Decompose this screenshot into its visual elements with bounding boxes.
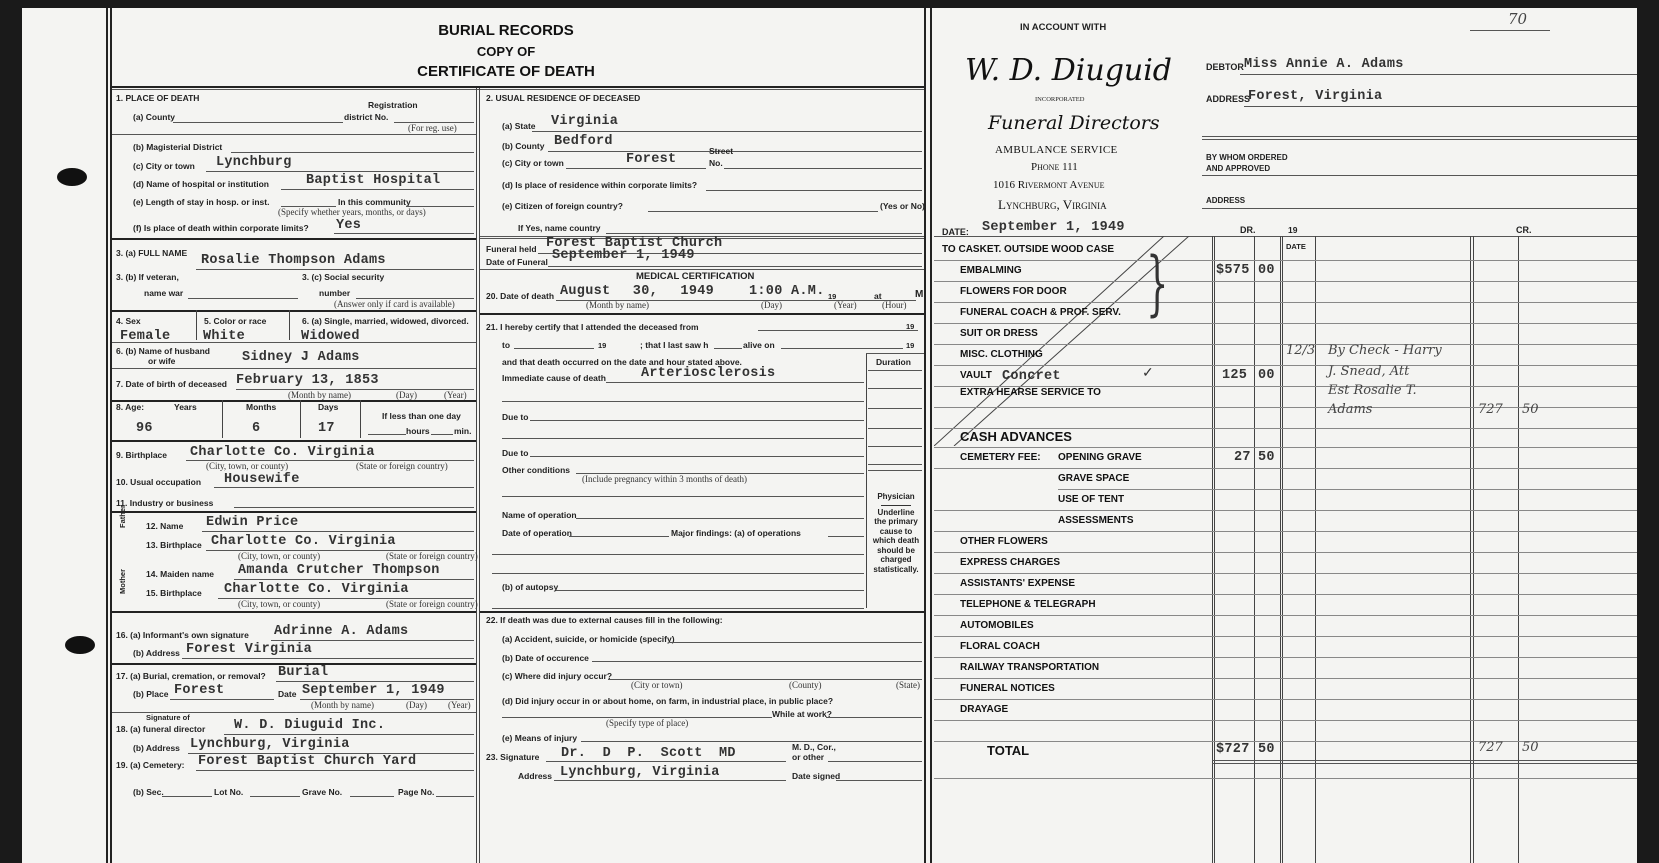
ledger-row: FUNERAL COACH & PROF. SERV. xyxy=(930,303,1637,324)
ledger-row: VAULT Concret ✓ 125 00 J. Snead, Att xyxy=(930,366,1637,387)
ledger-row: AUTOMOBILES xyxy=(930,616,1637,637)
death-date-value: August 30, 1949 xyxy=(560,284,714,299)
spouse-value: Sidney J Adams xyxy=(242,350,360,365)
immediate-cause-value: Arteriosclerosis xyxy=(641,366,775,381)
ledger-row xyxy=(930,721,1637,742)
father-name-value: Edwin Price xyxy=(206,515,298,530)
header-certificate-of-death: CERTIFICATE OF DEATH xyxy=(346,63,666,80)
payment-note-line-1: By Check - Harry xyxy=(1328,343,1442,358)
residence-state-value: Virginia xyxy=(551,114,618,129)
cash-advances-heading: CASH ADVANCES xyxy=(960,429,1072,444)
ledger-row: CEMETERY FEE: OPENING GRAVE 27 50 xyxy=(930,448,1637,469)
embalming-dollars: $575 xyxy=(1216,263,1250,278)
document-sheet: BURIAL RECORDS COPY OF CERTIFICATE OF DE… xyxy=(22,8,1637,863)
header-burial-records: BURIAL RECORDS xyxy=(346,22,666,39)
age-days-value: 17 xyxy=(318,421,335,436)
funeral-date-value: September 1, 1949 xyxy=(552,248,695,263)
payment-note-line-3: Est Rosalie T. xyxy=(1328,383,1417,398)
payment-note-line-2: J. Snead, Att xyxy=(1328,364,1409,379)
physician-note: Physician Underline the primary cause to… xyxy=(868,492,924,574)
funeral-account-ledger: 70 IN ACCOUNT WITH W. D. Diuguid INCORPO… xyxy=(930,8,1637,863)
residence-city-value: Forest xyxy=(626,152,676,167)
check-mark-icon: ✓ xyxy=(1142,364,1154,381)
informant-address-value: Forest Virginia xyxy=(186,642,312,657)
occupation-value: Housewife xyxy=(224,472,300,487)
account-date-value: September 1, 1949 xyxy=(982,220,1125,235)
total-dollars: $727 xyxy=(1216,742,1250,757)
informant-signature-value: Adrinne A. Adams xyxy=(274,624,408,639)
ledger-row: SUIT OR DRESS xyxy=(930,324,1637,345)
total-credit-cents: 50 xyxy=(1522,740,1539,755)
physician-signature-value: Dr. D P. Scott MD xyxy=(561,746,736,761)
header-copy-of: COPY OF xyxy=(346,44,666,59)
place-of-death-heading: 1. PLACE OF DEATH xyxy=(116,93,199,103)
ledger-row: OTHER FLOWERS xyxy=(930,532,1637,553)
credit-dollars: 727 xyxy=(1478,402,1503,417)
death-time-value: 1:00 A.M. xyxy=(749,284,825,299)
company-tagline: Funeral Directors xyxy=(988,112,1160,134)
total-cents: 50 xyxy=(1258,742,1275,757)
ledger-row: Adams 727 50 xyxy=(930,408,1637,429)
death-city-value: Lynchburg xyxy=(216,155,292,170)
burial-type-value: Burial xyxy=(278,665,328,680)
debtor-value: Miss Annie A. Adams xyxy=(1244,57,1404,72)
father-tag: Father xyxy=(118,505,127,528)
ledger-row: USE OF TENT xyxy=(930,490,1637,511)
mother-name-value: Amanda Crutcher Thompson xyxy=(238,563,440,578)
brace-icon: } xyxy=(1146,248,1168,318)
father-birthplace-value: Charlotte Co. Virginia xyxy=(211,534,396,549)
mother-birthplace-value: Charlotte Co. Virginia xyxy=(224,582,409,597)
payment-note-line-4: Adams xyxy=(1328,402,1372,417)
page-number: 70 xyxy=(1508,10,1527,28)
company-name: W. D. Diuguid xyxy=(965,53,1172,88)
ledger-row: DRAYAGE xyxy=(930,700,1637,721)
ledger-row: MISC. CLOTHING 12/3 By Check - Harry xyxy=(930,345,1637,366)
death-corporate-value: Yes xyxy=(336,218,361,233)
mother-tag: Mother xyxy=(118,569,127,594)
ledger-row: TELEPHONE & TELEGRAPH xyxy=(930,595,1637,616)
total-credit-dollars: 727 xyxy=(1478,740,1503,755)
dob-value: February 13, 1853 xyxy=(236,373,379,388)
opening-grave-cents: 50 xyxy=(1258,450,1275,465)
hospital-value: Baptist Hospital xyxy=(306,173,440,188)
ledger-row: TO CASKET. OUTSIDE WOOD CASE xyxy=(930,240,1637,261)
vault-type-value: Concret xyxy=(1002,369,1061,384)
burial-date-value: September 1, 1949 xyxy=(302,683,445,698)
punch-hole-bottom xyxy=(65,636,95,654)
ledger-row: FLOWERS FOR DOOR xyxy=(930,282,1637,303)
vault-cents: 00 xyxy=(1258,368,1275,383)
age-months-value: 6 xyxy=(252,421,260,436)
ledger-row: RAILWAY TRANSPORTATION xyxy=(930,658,1637,679)
ledger-row: ASSESSMENTS xyxy=(930,511,1637,532)
embalming-cents: 00 xyxy=(1258,263,1275,278)
ledger-row: EMBALMING $575 00 xyxy=(930,261,1637,282)
vault-dollars: 125 xyxy=(1222,368,1247,383)
debtor-address-value: Forest, Virginia xyxy=(1248,89,1382,104)
ledger-row: FLORAL COACH xyxy=(930,637,1637,658)
age-years-value: 96 xyxy=(136,421,153,436)
total-label: TOTAL xyxy=(987,743,1029,758)
payment-date: 12/3 xyxy=(1286,343,1315,358)
ledger-row: GRAVE SPACE xyxy=(930,469,1637,490)
opening-grave-dollars: 27 xyxy=(1234,450,1251,465)
ledger-row: FUNERAL NOTICES xyxy=(930,679,1637,700)
funeral-director-value: W. D. Diuguid Inc. xyxy=(234,718,385,733)
punch-hole-top xyxy=(57,168,87,186)
funeral-director-address-value: Lynchburg, Virginia xyxy=(190,737,350,752)
credit-cents: 50 xyxy=(1522,402,1539,417)
burial-place-value: Forest xyxy=(174,683,224,698)
birthplace-value: Charlotte Co. Virginia xyxy=(190,445,375,460)
residence-county-value: Bedford xyxy=(554,134,613,149)
cemetery-value: Forest Baptist Church Yard xyxy=(198,754,416,769)
physician-address-value: Lynchburg, Virginia xyxy=(560,765,720,780)
full-name-value: Rosalie Thompson Adams xyxy=(201,253,386,268)
ledger-row: EXPRESS CHARGES xyxy=(930,553,1637,574)
ledger-row: ASSISTANTS' EXPENSE xyxy=(930,574,1637,595)
medical-heading: MEDICAL CERTIFICATION xyxy=(636,271,754,282)
residence-heading: 2. USUAL RESIDENCE OF DECEASED xyxy=(486,93,640,103)
death-certificate: BURIAL RECORDS COPY OF CERTIFICATE OF DE… xyxy=(106,8,926,863)
